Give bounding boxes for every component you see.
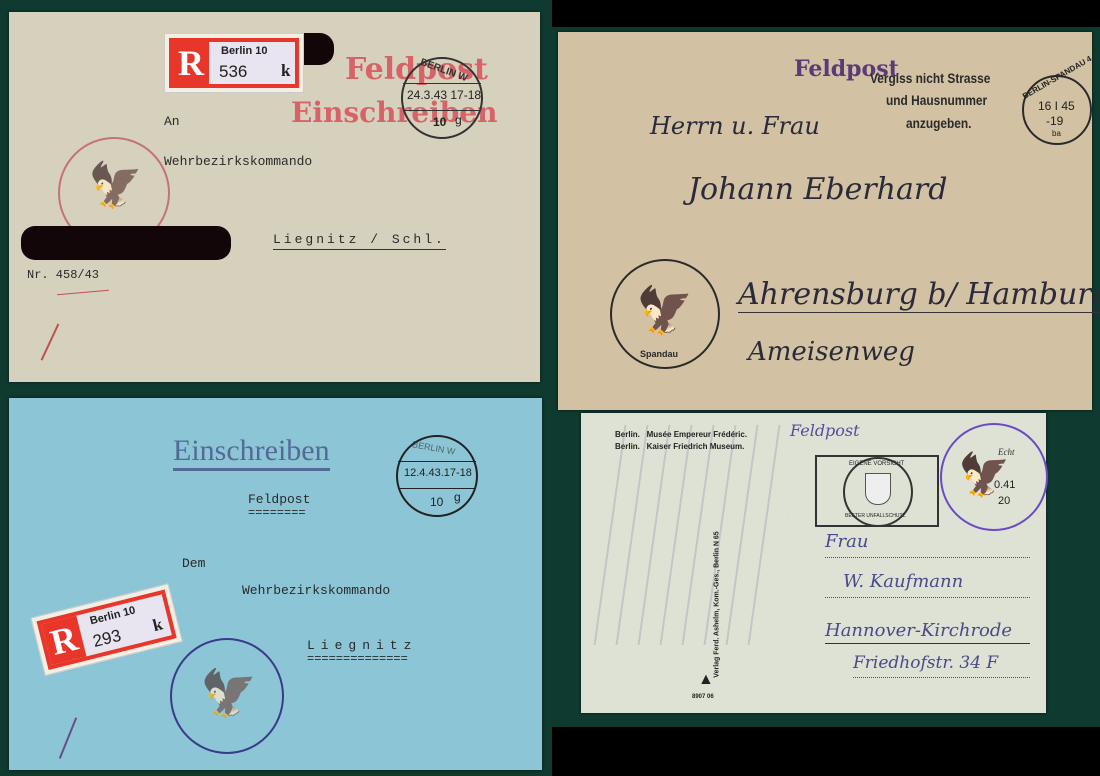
cover-2-envelope: Feldpost Vergiss nicht Strasse und Hausn… [558,32,1092,410]
typed-dem: Dem [182,556,205,571]
slogan-seal: EIGENE VORSICHT BESTER UNFALLSCHUTZ [843,457,913,527]
slogan-line-1: Vergiss nicht Strasse [870,70,990,86]
registration-suffix: k [151,614,165,636]
postmark-code: g [455,113,462,127]
redaction-sender [21,226,231,260]
postmark-code: ba [1052,129,1061,138]
registration-office: Berlin 10 [221,45,267,57]
oberkommando-seal: 🦅 [170,638,284,754]
postmark-time: -19 [1046,114,1063,128]
address-line-1: Herrn u. Frau [650,112,820,140]
slogan-bottom: BESTER UNFALLSCHUTZ [845,513,906,519]
address-line-3: Hannover-Kirchrode [825,620,1012,641]
postmark: BERLIN-SPANDAU 4 16 I 45 -19 ba [1022,75,1092,145]
seal-text: Spandau [640,349,678,359]
address-recipient: Wehrbezirkskommando [164,154,312,169]
typed-feldpost: Feldpost [248,492,310,507]
registration-number: 293 [91,626,123,652]
address-line-3: Ahrensburg b/ Hamburg [738,277,1100,313]
catalog-number: 8907 06 [692,694,714,700]
publisher-line: Verlag Ferd. Ashelm, Kom.-Ges., Berlin N… [714,485,721,725]
postmark-city: BERLIN W [411,439,456,456]
postmark-date: 0.41 [994,479,1015,491]
publisher-logo-icon: ▲ [698,671,714,689]
einschreiben-cachet: Einschreiben [173,434,330,471]
eagle-icon: 🦅 [88,159,143,211]
postcard: Berlin. Musée Empereur Frédéric. Berlin.… [581,413,1046,713]
address-line-1: Frau [825,531,868,552]
postmark-date: 12.4.43.17-18 [404,467,472,479]
registration-label: R Berlin 10 536 k [164,33,304,93]
postmark-city: BERLIN-SPANDAU 4 [1021,54,1093,101]
shield-icon [865,473,891,505]
address-line-2: W. Kaufmann [843,571,963,592]
registration-suffix: k [281,61,290,81]
postmark: BERLIN W 12.4.43.17-18 10 g [396,435,478,517]
cover-1-envelope: Feldpost Einschreiben R Berlin 10 536 k … [9,12,540,382]
postmark-date: 24.3.43 17-18 [407,88,481,102]
cover-3-envelope: Einschreiben BERLIN W 12.4.43.17-18 10 g… [9,398,542,770]
typed-feldpost-underline: ======== [248,506,306,520]
postmark-city: BERLIN W [419,57,469,84]
postmark-time: 20 [998,495,1010,507]
postmark-code: g [454,490,461,504]
slogan-stamp: EIGENE VORSICHT BESTER UNFALLSCHUTZ [815,455,939,527]
oberkommando-seal: Echt 🦅 0.41 20 [940,423,1048,531]
address-an: An [164,114,180,129]
registration-label: R Berlin 10 293 k [30,583,182,676]
postmark: BERLIN W 24.3.43 17-18 10 g [401,57,483,139]
eagle-icon: 🦅 [200,666,257,721]
handwritten-message [580,425,801,645]
address-line-2: Johann Eberhard [688,172,947,207]
eagle-icon: 🦅 [958,451,1010,500]
address-line-4: Ameisenweg [748,337,915,367]
postmark-date: 16 I 45 [1038,99,1075,113]
typed-city-underline: ============== [307,652,408,666]
registration-r-icon: R [41,616,86,665]
typed-recipient: Wehrbezirkskommando [242,583,390,598]
postmark-office: 10 [430,495,443,509]
spandau-seal: 🦅 Spandau [610,259,720,369]
slogan-line-3: anzugeben. [906,115,971,131]
slogan-top: EIGENE VORSICHT [849,461,904,467]
registration-office: Berlin 10 [89,604,137,627]
eagle-icon: 🦅 [636,283,693,338]
registration-r-icon: R [173,42,209,84]
reference-number: Nr. 458/43 [27,268,99,282]
slogan-line-2: und Hausnummer [886,92,987,108]
registration-number: 536 [219,62,247,82]
address-city: Liegnitz / Schl. [273,232,446,250]
address-line-4: Friedhofstr. 34 F [853,653,998,673]
postmark-office: 10 [433,115,446,129]
feldpost-handwritten: Feldpost [790,421,860,440]
typed-city: Liegnitz [307,638,417,653]
